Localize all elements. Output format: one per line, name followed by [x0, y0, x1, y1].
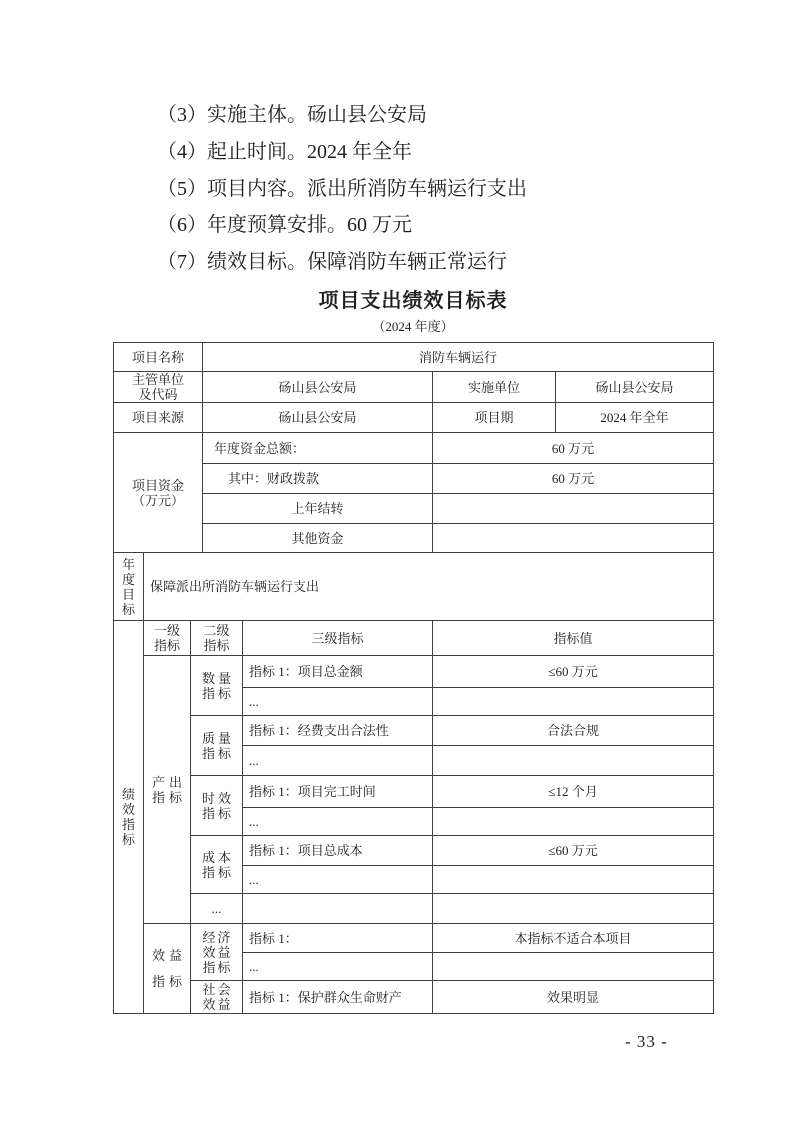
project-name-value: 消防车辆运行	[203, 343, 714, 372]
indicator-value-cell: 效果明显	[433, 981, 714, 1014]
indicator-value-cell	[433, 746, 714, 776]
document-page: （3）实施主体。砀山县公安局 （4）起止时间。2024 年全年 （5）项目内容。…	[0, 0, 793, 1122]
level2-time: 时效 指标	[191, 776, 243, 836]
project-period-value: 2024 年全年	[556, 403, 714, 433]
indicator-label-cell: ...	[243, 688, 433, 716]
annual-goal-value: 保障派出所消防车辆运行支出	[144, 553, 714, 621]
indicator-value-cell: ≤60 万元	[433, 836, 714, 866]
indicator-value-cell: 本指标不适合本项目	[433, 924, 714, 953]
funds-other-label: 其他资金	[203, 524, 433, 553]
indicator-label-cell: ...	[243, 953, 433, 981]
header-value: 指标值	[433, 621, 714, 656]
performance-section-label: 绩 效 指 标	[114, 621, 144, 1014]
indicator-value-cell: 合法合规	[433, 716, 714, 746]
header-level1: 一级 指标	[144, 621, 191, 656]
level2-cost: 成本 指标	[191, 836, 243, 894]
doc-subtitle: （2024 年度）	[113, 316, 713, 335]
funds-fiscal-value: 60 万元	[433, 464, 714, 494]
annual-goal-label: 年 度 目 标	[114, 553, 144, 621]
level2-quantity: 数量 指标	[191, 656, 243, 716]
level2-quality: 质量 指标	[191, 716, 243, 776]
implement-unit-label: 实施单位	[433, 372, 556, 403]
indicator-label-cell: 指标 1：	[243, 924, 433, 953]
page-number: - 33 -	[625, 1032, 668, 1052]
funds-total-value: 60 万元	[433, 433, 714, 464]
level1-benefit: 效益 指标	[144, 924, 191, 1014]
indicator-value-cell	[433, 688, 714, 716]
implement-unit-value: 砀山县公安局	[556, 372, 714, 403]
indicator-label-cell	[243, 894, 433, 924]
project-name-label: 项目名称	[114, 343, 203, 372]
indicator-value-cell	[433, 866, 714, 894]
funds-other-value	[433, 524, 714, 553]
doc-title: 项目支出绩效目标表	[113, 284, 713, 313]
indicator-value-cell	[433, 894, 714, 924]
funds-carryover-label: 上年结转	[203, 494, 433, 524]
level2-economic: 经济 效益 指标	[191, 924, 243, 981]
indicator-label-cell: 指标 1：项目完工时间	[243, 776, 433, 808]
indicator-label-cell: ...	[243, 866, 433, 894]
level1-output: 产出 指标	[144, 656, 191, 924]
intro-item: （5）项目内容。派出所消防车辆运行支出	[157, 171, 527, 208]
indicator-value-cell: ≤60 万元	[433, 656, 714, 688]
intro-list: （3）实施主体。砀山县公安局 （4）起止时间。2024 年全年 （5）项目内容。…	[157, 97, 527, 281]
project-source-label: 项目来源	[114, 403, 203, 433]
indicator-label-cell: 指标 1：保护群众生命财产	[243, 981, 433, 1014]
indicator-label-cell: 指标 1：项目总金额	[243, 656, 433, 688]
intro-item: （3）实施主体。砀山县公安局	[157, 97, 527, 134]
funds-total-label: 年度资金总额：	[203, 433, 433, 464]
level2-more: ...	[191, 894, 243, 924]
project-period-label: 项目期	[433, 403, 556, 433]
performance-target-table: 项目名称 消防车辆运行 主管单位 及代码 砀山县公安局 实施单位 砀山县公安局 …	[113, 342, 714, 1014]
indicator-label-cell: ...	[243, 808, 433, 836]
indicator-value-cell	[433, 953, 714, 981]
indicator-label-cell: 指标 1：经费支出合法性	[243, 716, 433, 746]
indicator-value-cell	[433, 808, 714, 836]
intro-item: （7）绩效目标。保障消防车辆正常运行	[157, 244, 527, 281]
supervisor-unit-label: 主管单位 及代码	[114, 372, 203, 403]
header-level2: 二级 指标	[191, 621, 243, 656]
project-source-value: 砀山县公安局	[203, 403, 433, 433]
indicator-label-cell: ...	[243, 746, 433, 776]
intro-item: （4）起止时间。2024 年全年	[157, 134, 527, 171]
project-funds-label: 项目资金 （万元）	[114, 433, 203, 553]
supervisor-unit-value: 砀山县公安局	[203, 372, 433, 403]
header-level3: 三级指标	[243, 621, 433, 656]
indicator-label-cell: 指标 1：项目总成本	[243, 836, 433, 866]
intro-item: （6）年度预算安排。60 万元	[157, 207, 527, 244]
funds-fiscal-label: 其中：财政拨款	[203, 464, 433, 494]
funds-carryover-value	[433, 494, 714, 524]
indicator-value-cell: ≤12 个月	[433, 776, 714, 808]
level2-social: 社会 效益	[191, 981, 243, 1014]
